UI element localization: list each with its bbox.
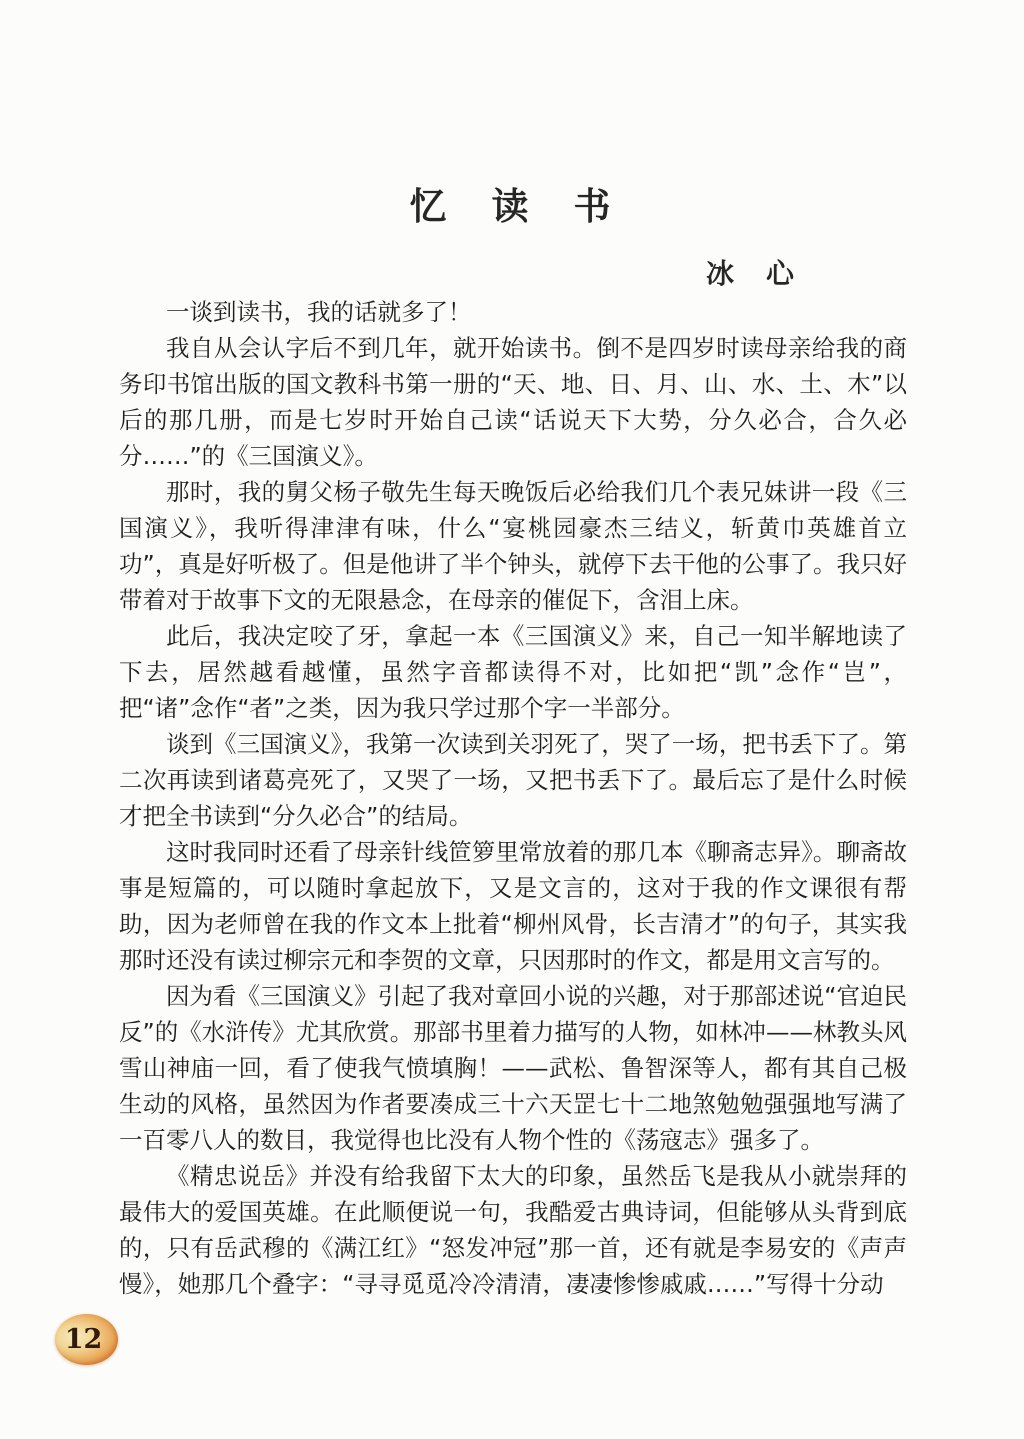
paragraph: 这时我同时还看了母亲针线笸箩里常放着的那几本《聊斋志异》。聊斋故事是短篇的，可以… xyxy=(119,834,907,978)
page-number: 12 xyxy=(65,1324,103,1355)
paragraph: 一谈到读书，我的话就多了！ xyxy=(119,294,907,330)
paragraph: 《精忠说岳》并没有给我留下太大的印象，虽然岳飞是我从小就崇拜的最伟大的爱国英雄。… xyxy=(119,1158,907,1302)
paragraph: 因为看《三国演义》引起了我对章回小说的兴趣，对于那部述说“官迫民反”的《水浒传》… xyxy=(119,978,907,1158)
essay-body: 一谈到读书，我的话就多了！ 我自从会认字后不到几年，就开始读书。倒不是四岁时读母… xyxy=(119,294,907,1302)
paragraph: 谈到《三国演义》，我第一次读到关羽死了，哭了一场，把书丢下了。第二次再读到诸葛亮… xyxy=(119,726,907,834)
textbook-page: 忆 读 书 冰 心 一谈到读书，我的话就多了！ 我自从会认字后不到几年，就开始读… xyxy=(0,0,1024,1439)
essay-title: 忆 读 书 xyxy=(0,176,1024,230)
essay-author: 冰 心 xyxy=(0,252,1024,292)
paragraph: 那时，我的舅父杨子敬先生每天晚饭后必给我们几个表兄妹讲一段《三国演义》，我听得津… xyxy=(119,474,907,618)
paragraph: 此后，我决定咬了牙，拿起一本《三国演义》来，自己一知半解地读了下去，居然越看越懂… xyxy=(119,618,907,726)
page-number-badge: 12 xyxy=(55,1314,118,1365)
paragraph: 我自从会认字后不到几年，就开始读书。倒不是四岁时读母亲给我的商务印书馆出版的国文… xyxy=(119,330,907,474)
